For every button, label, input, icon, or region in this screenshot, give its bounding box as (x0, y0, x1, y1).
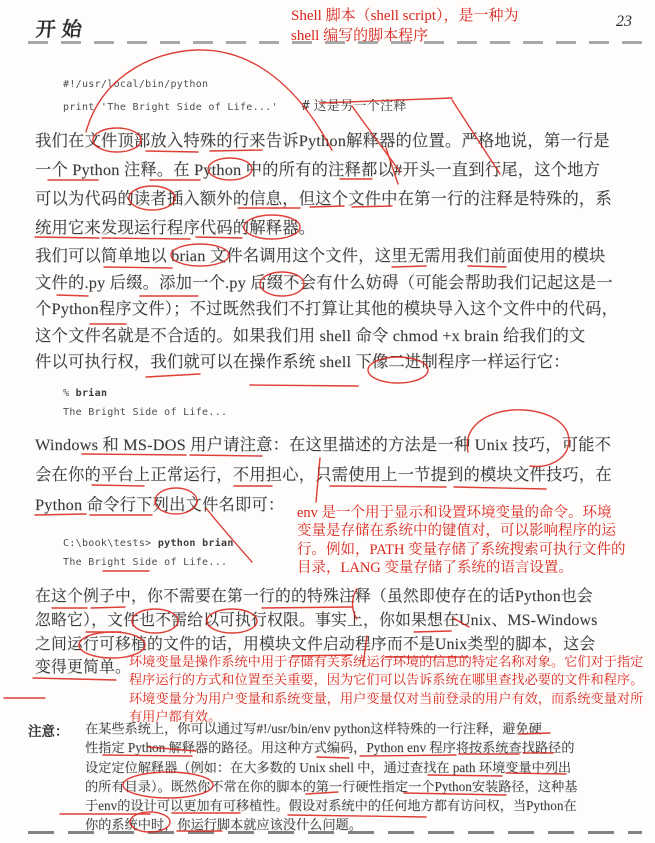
shell-output: The Bright Side of Life... (63, 403, 227, 422)
print-statement: print 'The Bright Side of Life...' (63, 102, 278, 113)
comment-text: 这是另一个注释 (314, 98, 407, 113)
page-number: 23 (616, 13, 632, 31)
dos-prompt: C:\book\tests> (63, 538, 152, 549)
text-line: 会在你的平台上正常运行，不用担心，只需使用上一节提到的模块文件技巧，在 (35, 460, 612, 490)
paragraph-interpreter-location: 我们在文件顶部放入特殊的行来告诉Python解释器的位置。严格地说，第一行是一个… (35, 126, 612, 242)
chapter-title: 开始 (35, 13, 90, 42)
text-line: 一个 Python 注释。在 Python 中的所有的注释都以#开头一直到行尾，… (35, 155, 612, 184)
text-line: 程序运行的方式和位置至关重要，因为它们可以告诉系统在哪里查找必要的文件和程序。 (129, 671, 643, 689)
text-line: 于env的设计可以更加有可移植性。假设对系统中的任何地方都有访问权，当Pytho… (85, 796, 577, 815)
code-block-shebang: #!/usr/local/bin/python print 'The Brigh… (63, 74, 407, 118)
text-line: Windows 和 MS-DOS 用户请注意：在这里描述的方法是一种 Unix … (35, 430, 612, 460)
text-line: 个Python程序文件）；不过既然我们不打算让其他的模块导入这个文件中的代码， (35, 296, 618, 323)
text-line: 这个文件名就是不合适的。如果我们用 shell 命令 chmod +x brai… (35, 323, 618, 350)
text-line: 忽略它），文件也不需给以可执行权限。事实上，你如果想在Unix、MS-Windo… (35, 609, 597, 633)
text-line: 我们在文件顶部放入特殊的行来告诉Python解释器的位置。严格地说，第一行是 (35, 126, 612, 155)
handwritten-env-note: env 是一个用于显示和设置环境变量的命令。环境变量是存储在系统中的键值对，可以… (297, 504, 626, 578)
text-line: 件以可执行权，我们就可以在操作系统 shell 下像二进制程序一样运行它： (35, 349, 618, 376)
notice-body: 在某些系统上，你可以通过写#!/usr/bin/env python这样特殊的一… (85, 719, 577, 835)
text-line: 性指定 Python 解释器的路径。用这种方式编码，Python env 程序将… (85, 738, 577, 757)
comment-hash: # (302, 99, 310, 114)
text-line: 设定定位解释器（例如：在大多数的 Unix shell 中，通过查找在 path… (85, 758, 577, 777)
text-line: 在某些系统上，你可以通过写#!/usr/bin/env python这样特殊的一… (85, 719, 577, 738)
text-line: 行。例如，PATH 变量存储了系统搜索可执行文件的 (297, 541, 626, 559)
shell-prompt-line: % brian (63, 384, 227, 403)
shell-command: brian (76, 388, 108, 399)
text-line: shell 编写的脚本程序 (291, 26, 519, 46)
dos-prompt-line: C:\book\tests> python brian (63, 534, 234, 553)
text-line: 可以为代码的读者插入额外的信息，但这个文件中在第一行的注释是特殊的，系 (35, 184, 612, 213)
handwritten-shell-note: Shell 脚本（shell script），是一种为shell 编写的脚本程序 (291, 6, 519, 46)
shebang-line: #!/usr/local/bin/python (63, 74, 407, 95)
text-line: 环境变量是操作系统中用于存储有关系统运行环境的信息的特定名称对象。它们对于指定 (129, 653, 643, 671)
text-line: 统用它来发现运行程序代码的解释器。 (35, 213, 612, 242)
handwritten-envvar-note: 环境变量是操作系统中用于存储有关系统运行环境的信息的特定名称对象。它们对于指定程… (129, 653, 643, 727)
code-block-shell-run: % brian The Bright Side of Life... (63, 384, 227, 422)
text-line: 文件的.py 后缀。添加一个.py 后缀不会有什么妨碍（可能会帮助我们记起这是一 (35, 270, 618, 297)
text-line: Shell 脚本（shell script），是一种为 (291, 6, 519, 26)
text-line: 变量是存储在系统中的键值对，可以影响程序的运 (297, 522, 626, 540)
footer-dashed-rule (28, 831, 642, 834)
code-block-dos-run: C:\book\tests> python brian The Bright S… (63, 534, 234, 572)
text-line: 的所有目录）。既然你不常在你的脚本的第一行硬性指定一个Python安装路径，这种… (85, 777, 577, 796)
text-line: 我们可以简单地以 brian 文件名调用这个文件，这里无需用我们前面使用的模块 (35, 243, 618, 270)
dos-command: python brian (158, 538, 234, 549)
notice-label: 注意： (28, 720, 69, 740)
paragraph-brian-filename: 我们可以简单地以 brian 文件名调用这个文件，这里无需用我们前面使用的模块文… (35, 243, 618, 376)
scanned-book-page: 开始 23 Shell 脚本（shell script），是一种为shell 编… (0, 0, 655, 843)
text-line: env 是一个用于显示和设置环境变量的命令。环境 (297, 504, 626, 522)
code-comment: # 这是另一个注释 (302, 98, 407, 113)
print-line: print 'The Bright Side of Life...'# 这是另一… (63, 95, 407, 118)
text-line: 目录，LANG 变量存储了系统的语言设置。 (297, 559, 626, 577)
dos-output: The Bright Side of Life... (63, 553, 234, 572)
shell-prompt: % (63, 388, 69, 399)
text-line: 在这个例子中，你不需要在第一行的的特殊注释（虽然即使存在的话Python也会 (35, 585, 597, 609)
text-line: 环境变量分为用户变量和系统变量，用户变量仅对当前登录的用户有效，而系统变量对所 (129, 690, 643, 708)
